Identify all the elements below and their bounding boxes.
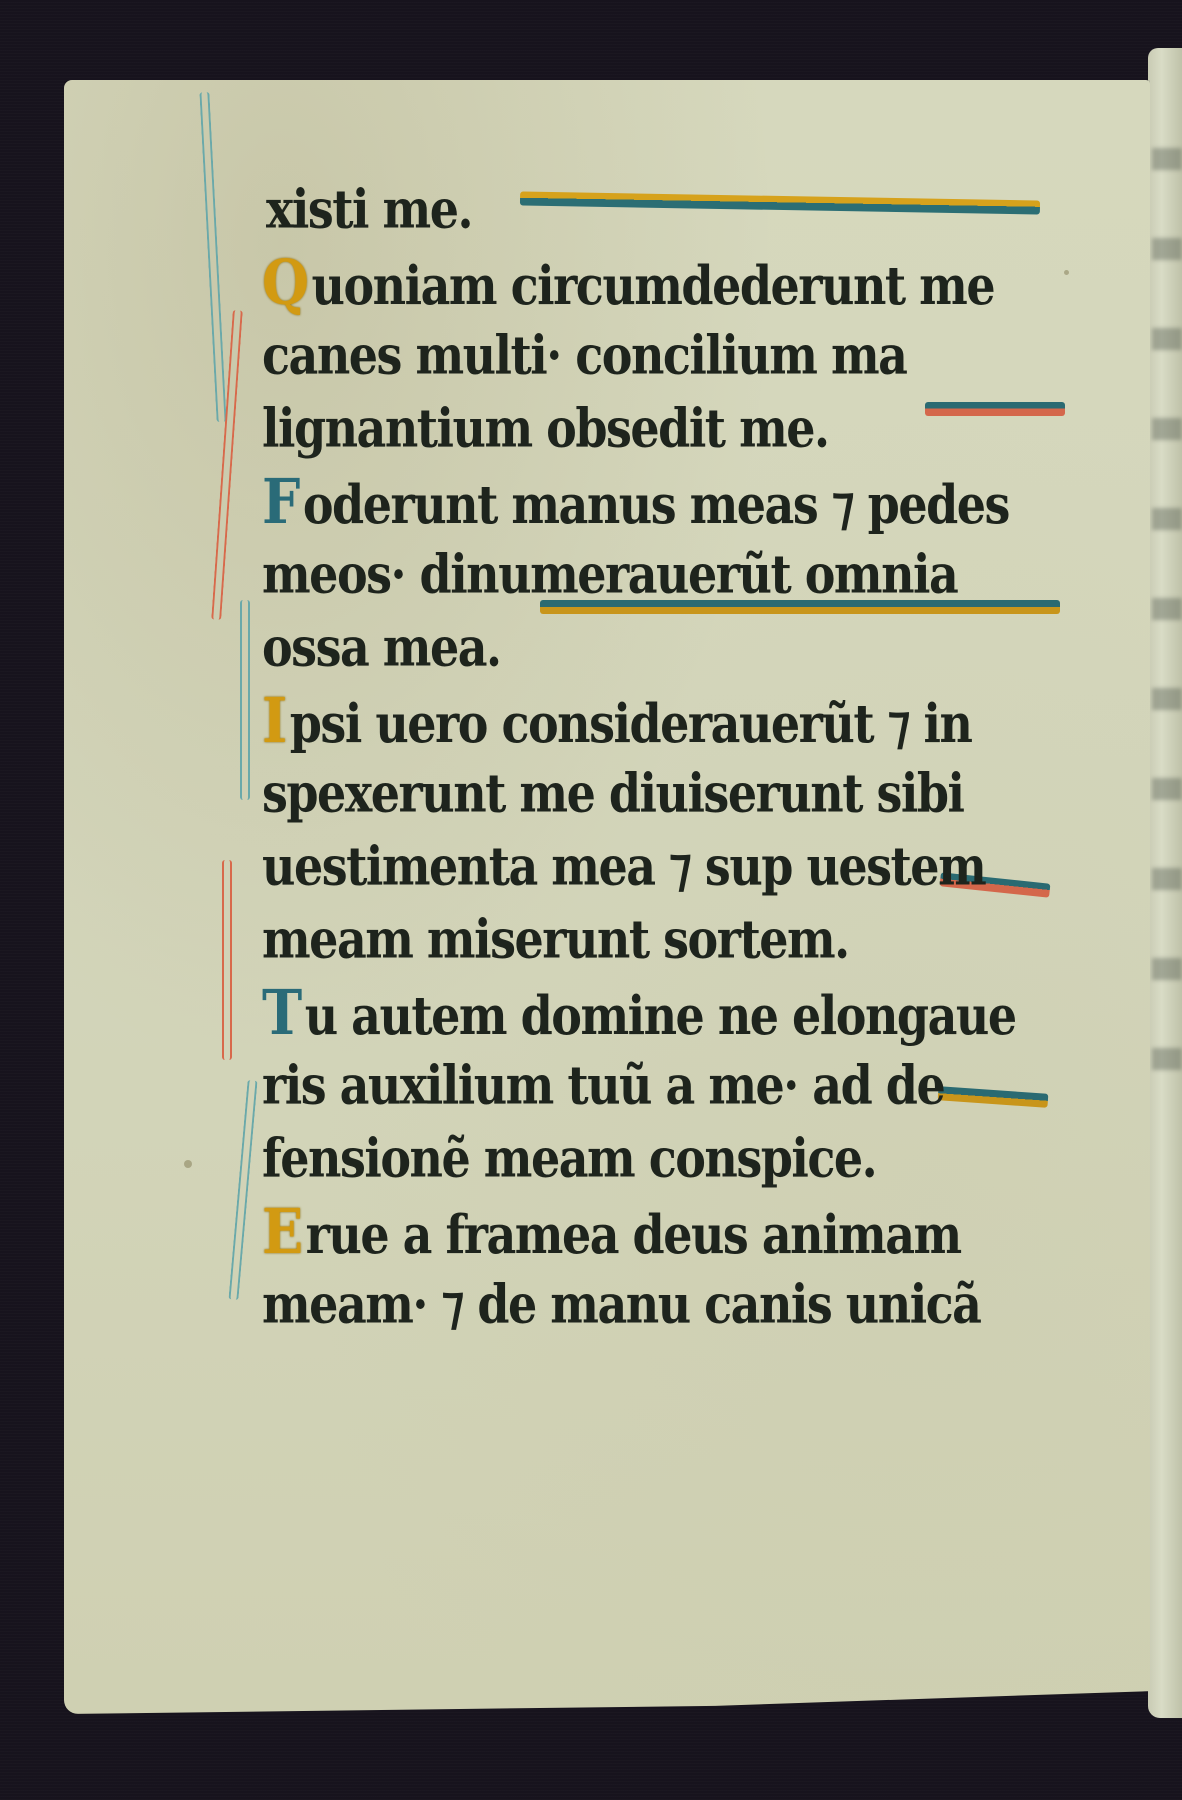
line-text: ris auxilium tuũ a me· ad de [262,1053,944,1115]
text-line: Tu autem domine ne elongaue [262,975,1092,1048]
text-line: fensionẽ meam conspice. [262,1121,1092,1194]
line-text: uestimenta mea ⁊ sup uestem [262,834,985,896]
text-line: Foderunt manus meas ⁊ pedes [262,464,1092,537]
line-text: lignantium obsedit me. [262,396,829,458]
line-text: fensionẽ meam conspice. [262,1126,876,1188]
line-text: meam miserunt sortem. [262,907,849,969]
text-line: xisti me. [262,172,1092,245]
line-text: meos· dinumerauerũt omnia [262,542,957,604]
text-line: meam· ⁊ de manu canis unicã [262,1267,1092,1340]
line-text: rue a framea deus animam [306,1203,961,1265]
gold-initial-E: E [262,1194,302,1268]
text-line: canes multi· concilium ma [262,318,1092,391]
text-line: ossa mea. [262,610,1092,683]
gold-initial-I: I [262,683,286,757]
text-line: ris auxilium tuũ a me· ad de [262,1048,1092,1121]
line-text: oderunt manus meas ⁊ pedes [303,473,1009,535]
adjacent-leaf-edge [1148,48,1182,1718]
blue-initial-F: F [262,464,299,538]
red-penwork-flourish [222,860,232,1060]
line-text: ossa mea. [262,615,501,677]
text-line: Erue a framea deus animam [262,1194,1092,1267]
line-text: u autem domine ne elongaue [305,984,1016,1046]
text-line: Quoniam circumdederunt me [262,245,1092,318]
text-line: meam miserunt sortem. [262,902,1092,975]
line-text: psi uero considerauerũt ⁊ in [290,692,972,754]
text-line: spexerunt me diuiserunt sibi [262,756,1092,829]
blue-initial-T: T [262,975,301,1049]
ink-spot [184,1160,192,1168]
gold-initial-Q: Q [262,245,308,319]
text-line: meos· dinumerauerũt omnia [262,537,1092,610]
blue-penwork-flourish [240,600,250,800]
line-text: meam· ⁊ de manu canis unicã [262,1272,980,1334]
text-line: lignantium obsedit me. [262,391,1092,464]
line-text: uoniam circumdederunt me [312,254,995,316]
psalm-text-block: xisti me. Quoniam circumdederunt me cane… [262,172,1092,1340]
text-line: Ipsi uero considerauerũt ⁊ in [262,683,1092,756]
line-text: canes multi· concilium ma [262,323,906,385]
line-text: spexerunt me diuiserunt sibi [262,761,963,823]
line-text: xisti me. [266,177,472,239]
text-line: uestimenta mea ⁊ sup uestem [262,829,1092,902]
